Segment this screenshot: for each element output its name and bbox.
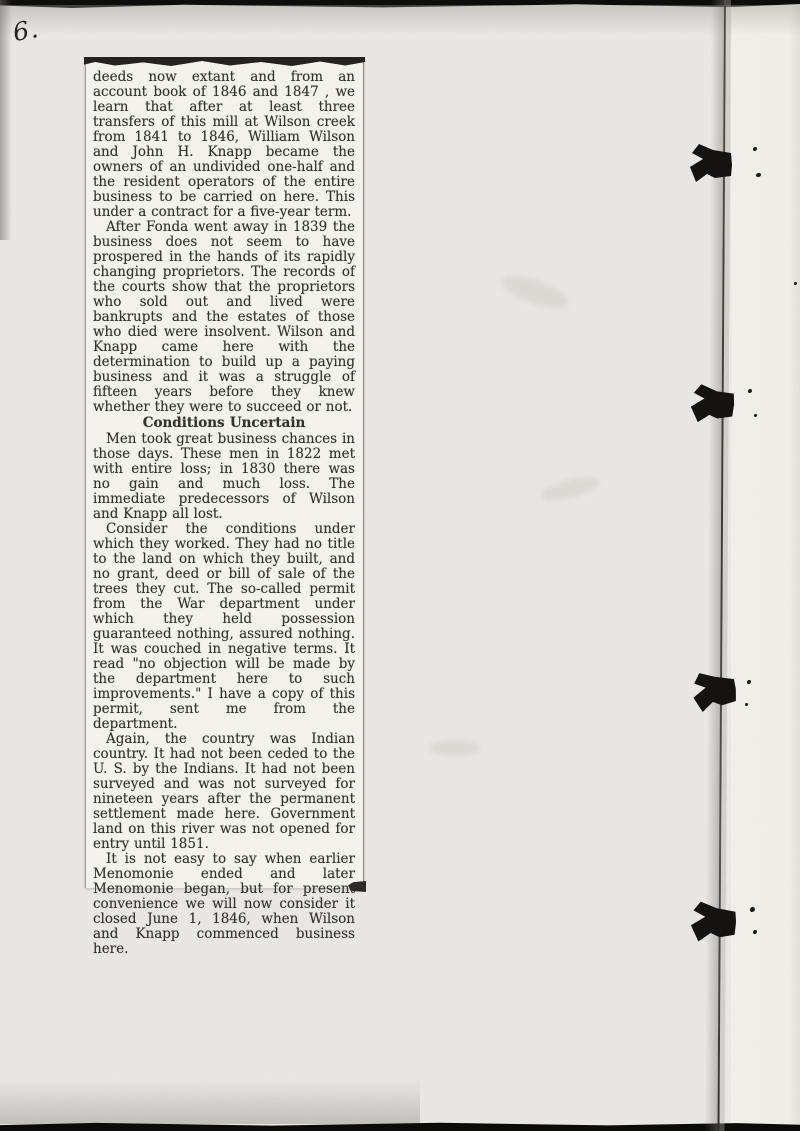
clipping-text-column: deeds now extant and from an account boo… (86, 59, 363, 957)
article-paragraph: Men took great business chances in those… (93, 432, 355, 522)
binding-brad-icon (684, 379, 737, 430)
scrapbook-page: 6. deeds now extant and from an account … (0, 0, 800, 1131)
article-paragraph: deeds now extant and from an account boo… (93, 70, 355, 220)
binding-brad-icon (685, 897, 739, 949)
top-scan-shade (0, 5, 800, 35)
binding-brad-icon (686, 666, 740, 718)
newspaper-clipping: deeds now extant and from an account boo… (85, 59, 364, 888)
article-paragraph: Again, the country was Indian country. I… (93, 732, 355, 852)
binding-brad-icon (684, 141, 734, 189)
article-paragraph: Consider the conditions under which they… (93, 522, 355, 732)
left-scan-shade (0, 0, 12, 240)
underlying-page-edge (731, 0, 800, 1131)
bottom-scan-shade (0, 1078, 420, 1124)
article-paragraph: After Fonda went away in 1839 the busine… (93, 220, 355, 415)
page-number-handwritten: 6. (11, 14, 42, 47)
scan-smudge (498, 269, 572, 315)
scan-smudge (539, 473, 602, 506)
scan-smudge (430, 740, 480, 756)
section-heading: Conditions Uncertain (93, 416, 355, 431)
article-paragraph: It is not easy to say when earlier Menom… (93, 852, 355, 957)
